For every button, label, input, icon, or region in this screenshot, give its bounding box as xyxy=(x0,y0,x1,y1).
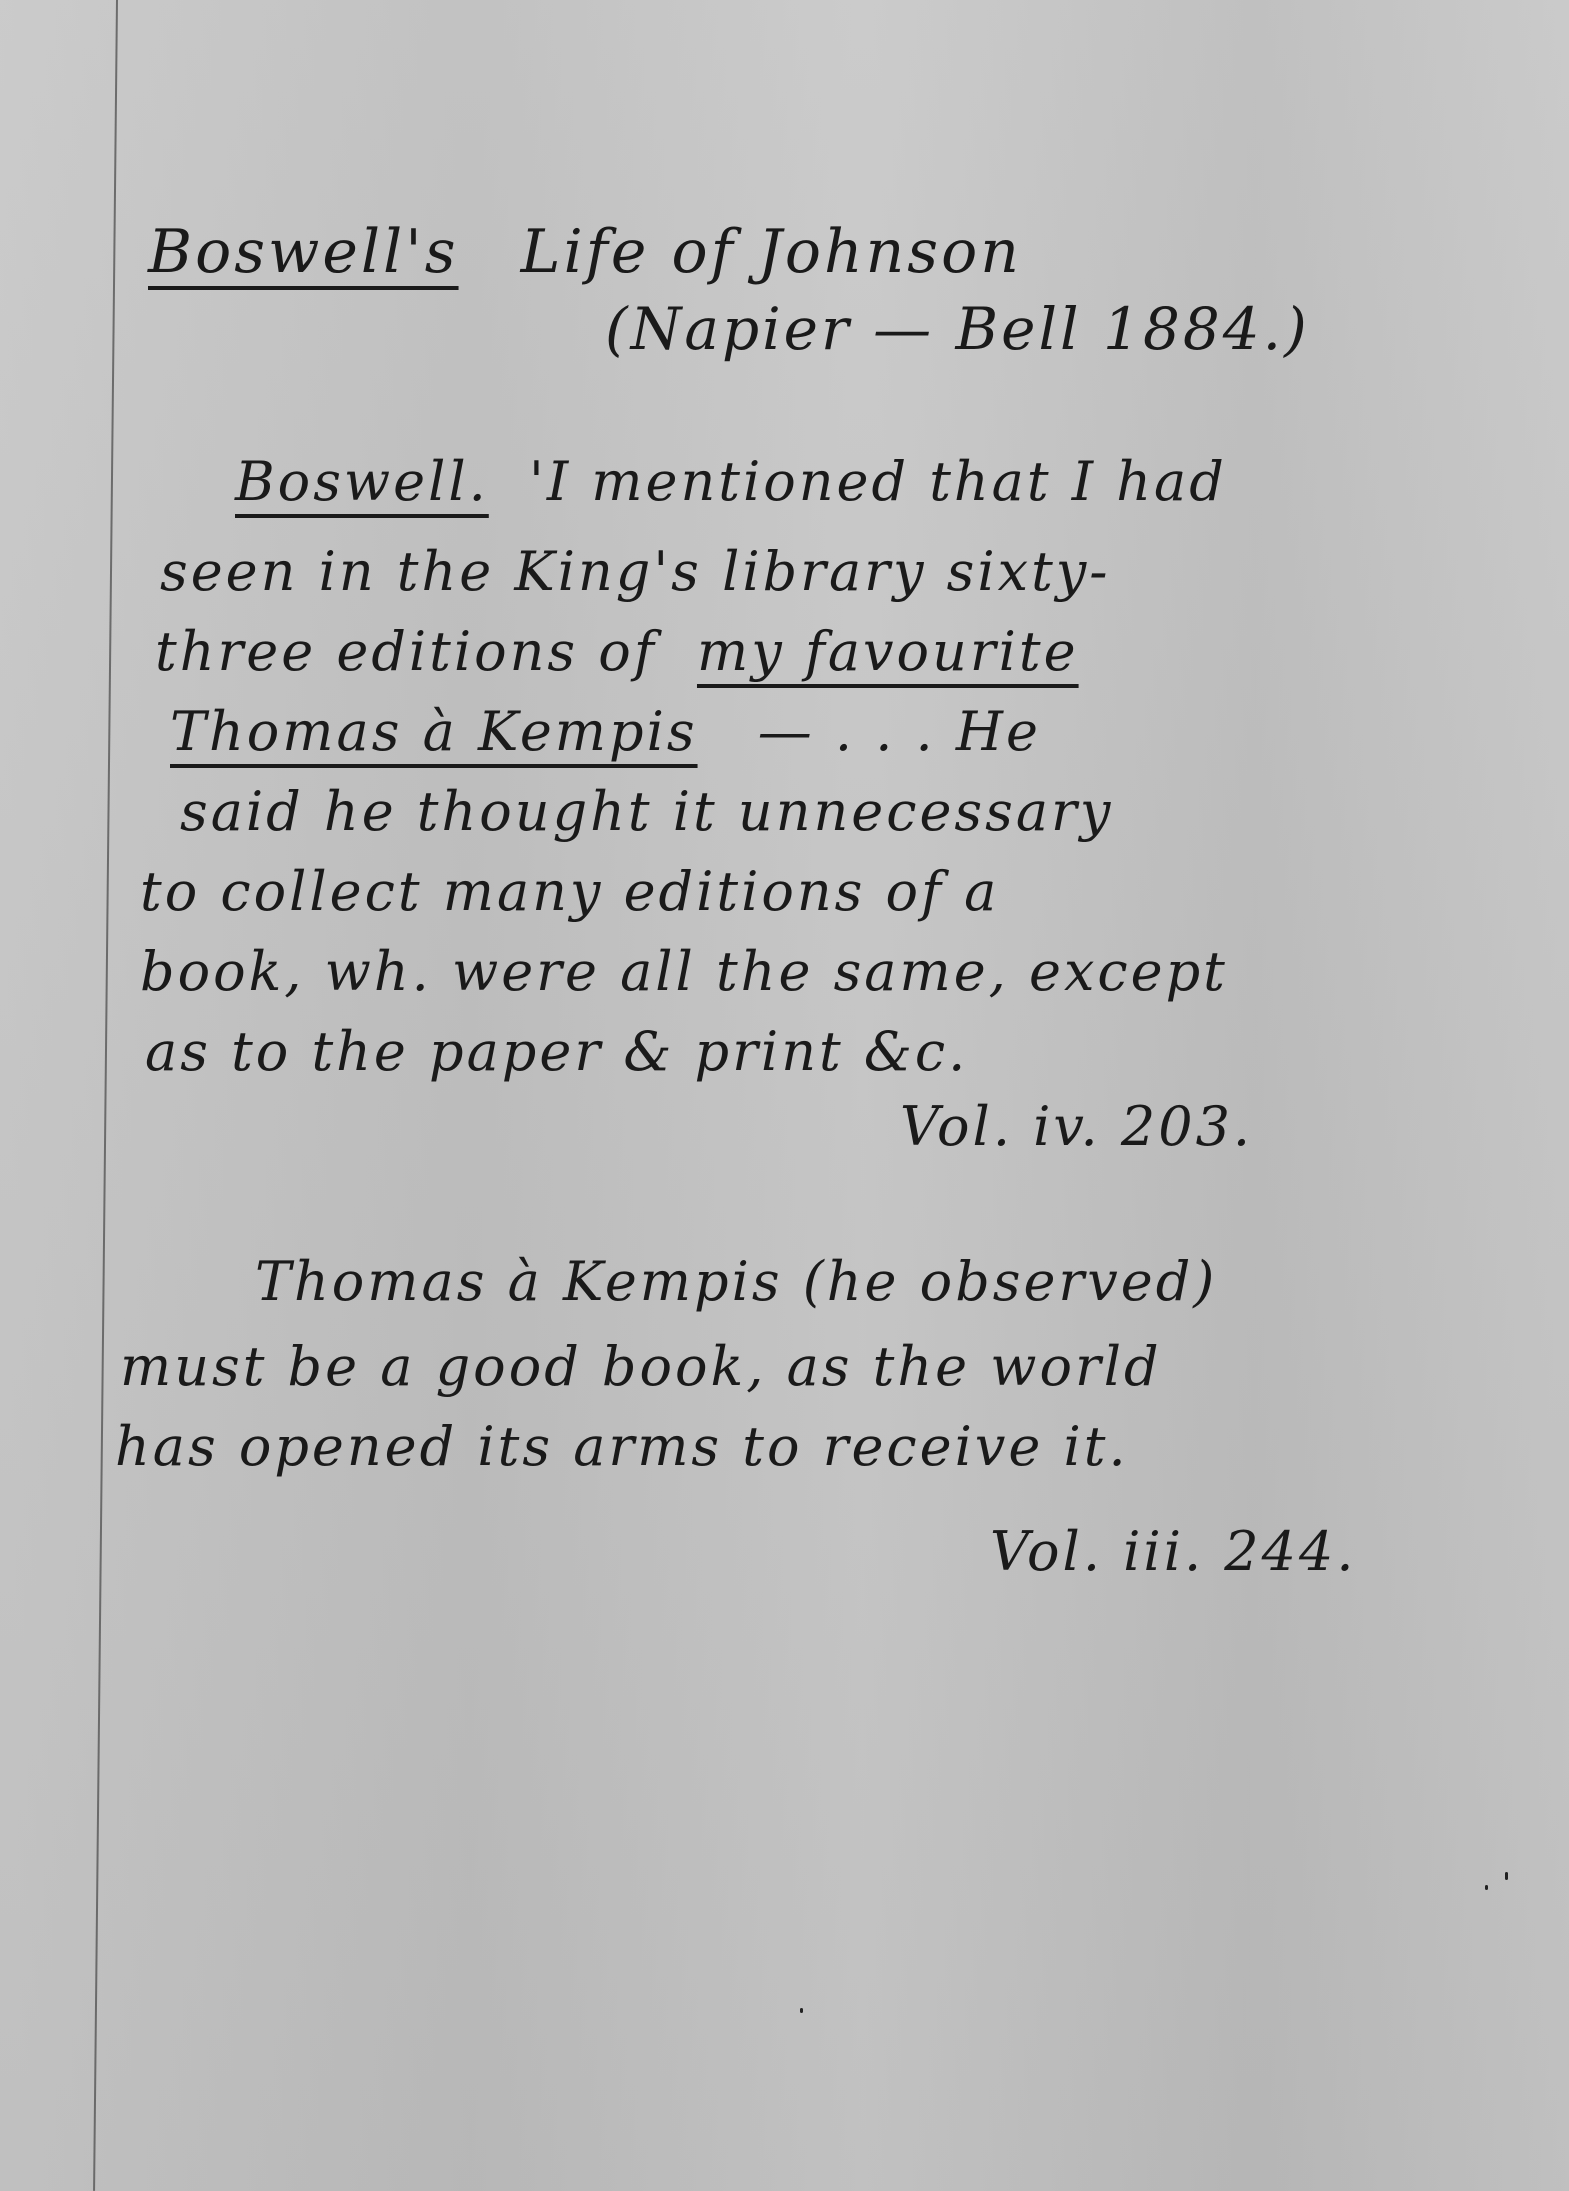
quote1-line-8: as to the paper & print &c. xyxy=(145,1025,968,1079)
quote1-text: — . . . He xyxy=(758,700,1041,763)
edition-line: (Napier — Bell 1884.) xyxy=(605,300,1310,358)
quote1-line-5: said he thought it unnecessary xyxy=(180,785,1113,839)
title-boswell: Boswell's xyxy=(148,217,459,287)
quote2-line-2: must be a good book, as the world xyxy=(120,1340,1162,1394)
quote1-line-7: book, wh. were all the same, except xyxy=(140,945,1228,999)
title-life-of-johnson: Life of Johnson xyxy=(521,217,1022,287)
quote2-line-1: Thomas à Kempis (he observed) xyxy=(255,1255,1217,1309)
quote1-line-4: Thomas à Kempis — . . . He xyxy=(170,705,1041,759)
quote1-reference: Vol. iv. 203. xyxy=(900,1100,1253,1154)
quote1-text: 'I mentioned that I had xyxy=(529,450,1227,513)
quote1-text: three editions of xyxy=(155,620,657,683)
quote1-underlined-name: Thomas à Kempis xyxy=(170,700,698,763)
quote1-line-2: seen in the King's library sixty- xyxy=(160,545,1111,599)
paper-speck xyxy=(1505,1872,1508,1880)
title-line: Boswell's Life of Johnson xyxy=(148,222,1022,282)
quote1-line-1: Boswell. 'I mentioned that I had xyxy=(235,455,1227,509)
quote1-speaker: Boswell. xyxy=(235,450,489,513)
quote2-line-3: has opened its arms to receive it. xyxy=(115,1420,1129,1474)
quote1-underlined-phrase: my favourite xyxy=(697,620,1079,683)
paper-speck xyxy=(1485,1885,1488,1890)
paper-speck xyxy=(800,2008,803,2013)
quote1-line-6: to collect many editions of a xyxy=(140,865,999,919)
quote2-reference: Vol. iii. 244. xyxy=(990,1525,1357,1579)
quote1-line-3: three editions of my favourite xyxy=(155,625,1079,679)
